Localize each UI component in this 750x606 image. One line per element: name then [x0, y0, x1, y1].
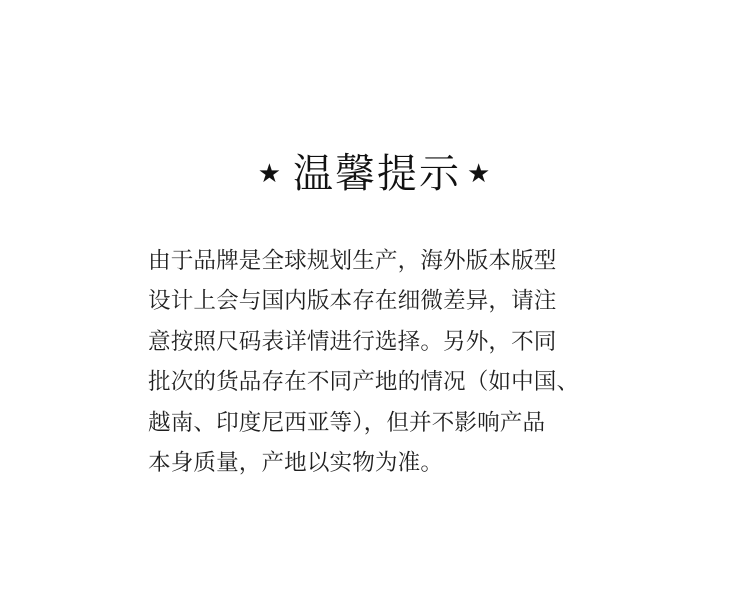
star-icon: ★	[258, 146, 283, 202]
notice-line: 由于品牌是全球规划生产，海外版本版型	[148, 241, 608, 281]
notice-line: 设计上会与国内版本存在细微差异，请注	[148, 281, 608, 321]
notice-paragraph: 由于品牌是全球规划生产，海外版本版型 设计上会与国内版本存在细微差异，请注 意按…	[148, 241, 608, 483]
notice-line: 越南、印度尼西亚等），但并不影响产品	[148, 403, 608, 443]
notice-title: ★ 温馨提示 ★	[0, 146, 750, 202]
notice-line: 批次的货品存在不同产地的情况（如中国、	[148, 362, 608, 402]
notice-title-text: 温馨提示	[293, 146, 461, 202]
notice-line: 本身质量，产地以实物为准。	[148, 443, 608, 483]
notice-line: 意按照尺码表详情进行选择。另外，不同	[148, 322, 608, 362]
star-icon: ★	[467, 146, 492, 202]
